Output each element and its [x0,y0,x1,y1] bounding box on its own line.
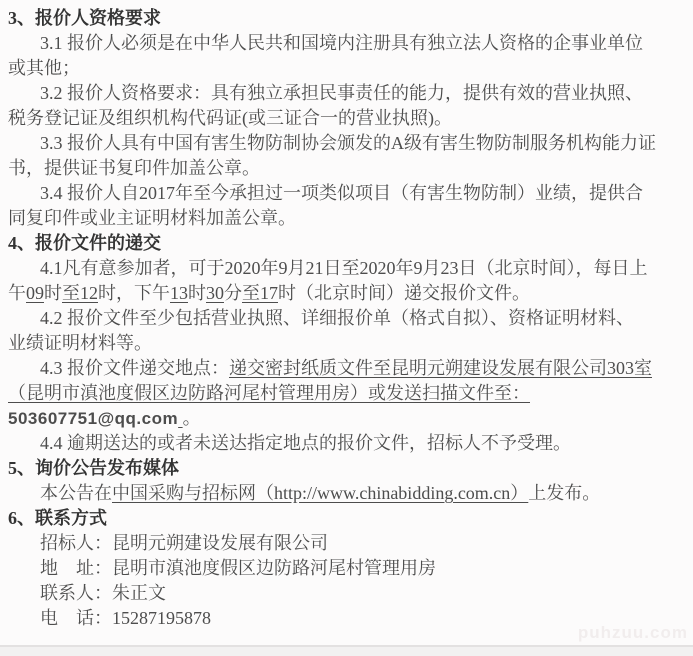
underlined-text: 中国采购与招标网（http://www.chinabidding.com.cn） [112,483,528,503]
text-segment: 上发布。 [528,483,600,503]
doc-line: 联系人：朱正文 [8,581,685,606]
underlined-text: 13 [170,283,188,303]
doc-line: 或其他； [8,56,685,81]
doc-line: 4.1凡有意参加者，可于2020年9月21日至2020年9月23日（北京时间），… [8,256,685,281]
doc-line: 3.3 报价人具有中国有害生物防制协会颁发的A级有害生物防制服务机构能力证 [8,131,685,156]
document-page: 3、报价人资格要求3.1 报价人必须是在中华人民共和国境内注册具有独立法人资格的… [0,0,693,656]
doc-line: 3.1 报价人必须是在中华人民共和国境内注册具有独立法人资格的企事业单位 [8,31,685,56]
text-segment: 3.1 报价人必须是在中华人民共和国境内注册具有独立法人资格的企事业单位 [40,33,643,53]
doc-line: 招标人：昆明元朔建设发展有限公司 [8,531,685,556]
text-segment: 分 [224,283,242,303]
doc-line: 午09时至12时，下午13时30分至17时（北京时间）递交报价文件。 [8,281,685,306]
doc-line: 4.4 逾期送达的或者未送达指定地点的报价文件，招标人不予受理。 [8,431,685,456]
doc-line: 本公告在中国采购与招标网（http://www.chinabidding.com… [8,481,685,506]
text-segment: 6、联系方式 [8,508,107,528]
text-segment: 。 [183,408,201,428]
doc-line: 503607751@qq.com 。 [8,406,685,431]
doc-line: 3.2 报价人资格要求：具有独立承担民事责任的能力，提供有效的营业执照、 [8,81,685,106]
text-segment: 地 址：昆明市滇池度假区边防路河尾村管理用房 [40,558,436,578]
doc-line: 4.3 报价文件递交地点：递交密封纸质文件至昆明元朔建设发展有限公司303室 [8,356,685,381]
doc-line: （昆明市滇池度假区边防路河尾村管理用房）或发送扫描文件至： [8,381,685,406]
text-segment: 电 话：15287195878 [40,608,211,628]
text-segment: 时 [44,283,62,303]
doc-line: 同复印件或业主证明材料加盖公章。 [8,206,685,231]
text-segment: 或其他； [8,58,80,78]
text-segment: 同复印件或业主证明材料加盖公章。 [8,208,296,228]
text-segment: 时 [188,283,206,303]
doc-line: 书，提供证书复印件加盖公章。 [8,156,685,181]
text-segment: 税务登记证及组织机构代码证(或三证合一的营业执照)。 [8,108,452,128]
text-segment: 业绩证明材料等。 [8,333,152,353]
page-bottom-divider [0,645,693,656]
underlined-text: 30 [206,283,224,303]
underlined-text: （昆明市滇池度假区边防路河尾村管理用房）或发送扫描文件至： [8,383,530,403]
underlined-text: 至17 [242,283,278,303]
underlined-text: 递交密封纸质文件至昆明元朔建设发展有限公司303室 [229,358,652,378]
text-segment: 午 [8,283,26,303]
text-segment: 4.3 报价文件递交地点： [40,358,229,378]
doc-line: 业绩证明材料等。 [8,331,685,356]
watermark: puhzuu.com [578,623,688,643]
section-heading: 6、联系方式 [8,506,685,531]
document-body: 3、报价人资格要求3.1 报价人必须是在中华人民共和国境内注册具有独立法人资格的… [0,0,693,631]
text-segment: 3.4 报价人自2017年至今承担过一项类似项目（有害生物防制）业绩，提供合 [40,183,643,203]
text-segment: 4.2 报价文件至少包括营业执照、详细报价单（格式自拟）、资格证明材料、 [40,308,634,328]
text-segment: 本公告在 [40,483,112,503]
text-segment: 5、询价公告发布媒体 [8,458,179,478]
text-segment: 4.1凡有意参加者，可于2020年9月21日至2020年9月23日（北京时间），… [40,258,648,278]
text-segment: 联系人：朱正文 [40,583,166,603]
underlined-text: 至12 [62,283,98,303]
text-segment: 书，提供证书复印件加盖公章。 [8,158,260,178]
section-heading: 4、报价文件的递交 [8,231,685,256]
doc-line: 税务登记证及组织机构代码证(或三证合一的营业执照)。 [8,106,685,131]
text-segment: 时（北京时间）递交报价文件。 [278,283,530,303]
doc-line: 4.2 报价文件至少包括营业执照、详细报价单（格式自拟）、资格证明材料、 [8,306,685,331]
text-segment: 3.3 报价人具有中国有害生物防制协会颁发的A级有害生物防制服务机构能力证 [40,133,656,153]
text-segment: 3.2 报价人资格要求：具有独立承担民事责任的能力，提供有效的营业执照、 [40,83,643,103]
text-segment: 招标人：昆明元朔建设发展有限公司 [40,533,328,553]
text-segment: 4.4 逾期送达的或者未送达指定地点的报价文件，招标人不予受理。 [40,433,571,453]
underlined-text: 09 [26,283,44,303]
doc-line: 地 址：昆明市滇池度假区边防路河尾村管理用房 [8,556,685,581]
section-heading: 5、询价公告发布媒体 [8,456,685,481]
text-segment: 时，下午 [98,283,170,303]
email-text: 503607751@qq.com [8,409,178,428]
text-segment: 3、报价人资格要求 [8,8,161,28]
section-heading: 3、报价人资格要求 [8,6,685,31]
doc-line: 3.4 报价人自2017年至今承担过一项类似项目（有害生物防制）业绩，提供合 [8,181,685,206]
text-segment: 4、报价文件的递交 [8,233,161,253]
